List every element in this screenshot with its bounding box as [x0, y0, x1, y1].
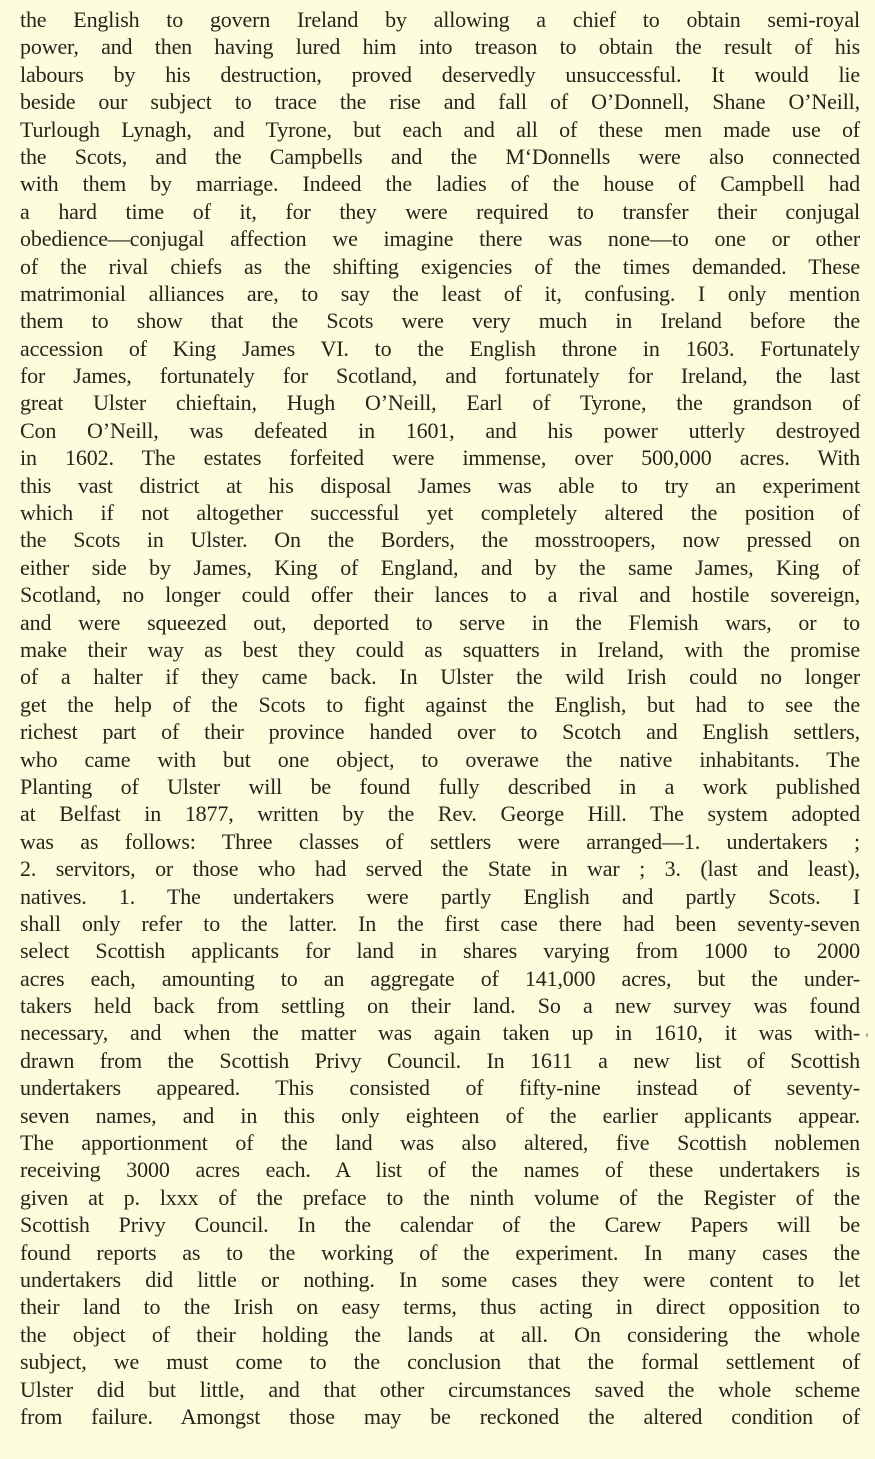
text-line: power, and then having lured him into tr…	[20, 33, 860, 60]
text-line: select Scottish applicants for land in s…	[20, 937, 860, 964]
text-line: from failure. Amongst those may be recko…	[20, 1403, 860, 1430]
text-line: for James, fortunately for Scotland, and…	[20, 362, 860, 389]
text-line: receiving 3000 acres each. A list of the…	[20, 1156, 860, 1183]
text-line: found reports as to the working of the e…	[20, 1239, 860, 1266]
text-line: in 1602. The estates forfeited were imme…	[20, 444, 860, 471]
text-line: and were squeezed out, deported to serve…	[20, 609, 860, 636]
text-line: Scotland, no longer could offer their la…	[20, 581, 860, 608]
text-line: necessary, and when the matter was again…	[20, 1019, 860, 1046]
text-line: accession of King James VI. to the Engli…	[20, 335, 860, 362]
text-line: which if not altogether successful yet c…	[20, 499, 860, 526]
text-line: shall only refer to the latter. In the f…	[20, 910, 860, 937]
text-line: of a halter if they came back. In Ulster…	[20, 663, 860, 690]
text-line: Con O’Neill, was defeated in 1601, and h…	[20, 417, 860, 444]
text-line: the object of their holding the lands at…	[20, 1321, 860, 1348]
text-line: seven names, and in this only eighteen o…	[20, 1102, 860, 1129]
text-line: make their way as best they could as squ…	[20, 636, 860, 663]
text-line: a hard time of it, for they were require…	[20, 198, 860, 225]
text-line: subject, we must come to the conclusion …	[20, 1348, 860, 1375]
text-line: Turlough Lynagh, and Tyrone, but each an…	[20, 116, 860, 143]
text-line: Planting of Ulster will be found fully d…	[20, 773, 860, 800]
text-line: get the help of the Scots to fight again…	[20, 691, 860, 718]
text-line: who came with but one object, to overawe…	[20, 746, 860, 773]
text-line: the Scots in Ulster. On the Borders, the…	[20, 526, 860, 553]
text-line: given at p. lxxx of the preface to the n…	[20, 1184, 860, 1211]
text-line: The apportionment of the land was also a…	[20, 1129, 860, 1156]
scan-speck	[866, 1033, 868, 1037]
text-line: was as follows: Three classes of settler…	[20, 828, 860, 855]
text-line: takers held back from settling on their …	[20, 992, 860, 1019]
text-line: 2. servitors, or those who had served th…	[20, 855, 860, 882]
text-line: acres each, amounting to an aggregate of…	[20, 965, 860, 992]
text-line: at Belfast in 1877, written by the Rev. …	[20, 800, 860, 827]
text-line	[20, 1430, 860, 1457]
text-line: undertakers appeared. This consisted of …	[20, 1074, 860, 1101]
text-line: richest part of their province handed ov…	[20, 718, 860, 745]
text-line: the English to govern Ireland by allowin…	[20, 6, 860, 33]
text-line: the Scots, and the Campbells and the M‘D…	[20, 143, 860, 170]
text-line: of the rival chiefs as the shifting exig…	[20, 253, 860, 280]
text-line: beside our subject to trace the rise and…	[20, 88, 860, 115]
text-line: them to show that the Scots were very mu…	[20, 307, 860, 334]
text-line: great Ulster chieftain, Hugh O’Neill, Ea…	[20, 389, 860, 416]
page-body: the English to govern Ireland by allowin…	[20, 6, 860, 1458]
text-line: undertakers did little or nothing. In so…	[20, 1266, 860, 1293]
text-line: obedience—conjugal affection we imagine …	[20, 225, 860, 252]
text-line: natives. 1. The undertakers were partly …	[20, 883, 860, 910]
text-line: either side by James, King of England, a…	[20, 554, 860, 581]
text-line: matrimonial alliances are, to say the le…	[20, 280, 860, 307]
text-line: this vast district at his disposal James…	[20, 472, 860, 499]
text-line: Ulster did but little, and that other ci…	[20, 1376, 860, 1403]
text-line: labours by his destruction, proved deser…	[20, 61, 860, 88]
text-line: their land to the Irish on easy terms, t…	[20, 1293, 860, 1320]
text-line: drawn from the Scottish Privy Council. I…	[20, 1047, 860, 1074]
text-line: Scottish Privy Council. In the calendar …	[20, 1211, 860, 1238]
text-line: with them by marriage. Indeed the ladies…	[20, 170, 860, 197]
